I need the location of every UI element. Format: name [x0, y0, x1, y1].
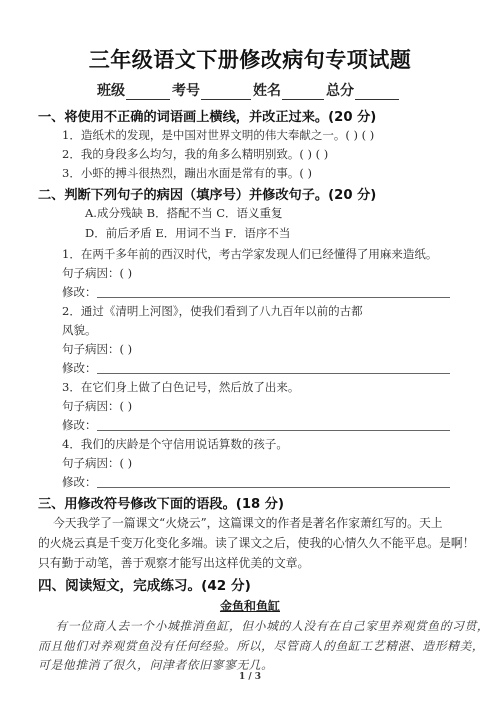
section-four-heading: 四、阅读短文，完成练习。(42 分) — [38, 574, 251, 594]
section-two-heading: 二、判断下列句子的病因（填序号）并修改句子。(20 分) — [38, 184, 376, 203]
name-label: 姓名 — [253, 80, 281, 100]
total-score-label: 总分 — [326, 80, 354, 100]
total-score-blank[interactable] — [355, 84, 399, 100]
question-2: 2．通过《清明上河图》，使我们看到了八九百年以前的古都 — [62, 303, 363, 319]
story-line-2: 而且他们对养观赏鱼没有任何经验。所以，尽管商人的鱼缸工艺精湛、造形精美， — [38, 637, 484, 654]
question-1-fix-line[interactable] — [97, 297, 450, 298]
question-2-cont: 风貌。 — [62, 322, 97, 338]
question-2-fix-line[interactable] — [97, 373, 450, 374]
question-4-fix-line[interactable] — [97, 487, 450, 488]
section-one-item-2: 2．我的身段多么均匀，我的角多么精明别致。( ) ( ) — [62, 146, 328, 162]
question-4-fix-label: 修改： — [62, 474, 97, 490]
question-3-cause: 句子病因：( ) — [62, 398, 132, 414]
story-line-1: 有一位商人去一个小城推消鱼缸，但小城的人没有在自己家里养观赏鱼的习贯， — [38, 617, 489, 634]
section-three-line-3: 只有勤于动笔，善于观察才能写出这样优美的文章。 — [38, 554, 309, 571]
name-blank[interactable] — [282, 84, 324, 100]
section-three-heading: 三、用修改符号修改下面的语段。(18 分) — [38, 493, 284, 512]
question-3-fix-label: 修改： — [62, 417, 97, 433]
section-one-item-1: 1．造纸术的发现，是中国对世界文明的伟大奉献之一。( ) ( ) — [62, 127, 374, 143]
options-row-1: A.成分残缺 B．搭配不当 C．语义重复 — [85, 205, 283, 221]
question-3: 3．在它们身上做了白色记号，然后放了出来。 — [62, 379, 299, 395]
exam-number-blank[interactable] — [201, 84, 251, 100]
class-label: 班级 — [97, 80, 125, 100]
page-title: 三年级语文下册修改病句专项试题 — [0, 44, 500, 74]
section-three-line-1: 今天我学了一篇课文“火烧云”，这篇课文的作者是著名作家萧红写的。天上 — [38, 514, 443, 531]
question-1: 1．在两千多年前的西汉时代，考古学家发现人们已经懂得了用麻来造纸。 — [62, 246, 437, 262]
question-2-cause: 句子病因：( ) — [62, 341, 132, 357]
options-row-2: D．前后矛盾 E．用词不当 F．语序不当 — [85, 225, 290, 241]
question-2-fix-label: 修改： — [62, 360, 97, 376]
exam-number-label: 考号 — [172, 80, 200, 100]
section-one-heading: 一、将使用不正确的词语画上横线，并改正过来。(20 分) — [38, 106, 376, 125]
question-1-cause: 句子病因：( ) — [62, 265, 132, 281]
story-line-3: 可是他推消了很久，问津者依旧寥寥无几。 — [38, 656, 274, 673]
question-3-fix-line[interactable] — [97, 430, 450, 431]
section-one-item-3: 3．小虾的搏斗很热烈，蹦出水面是常有的事。( ) — [62, 165, 312, 181]
story-title: 金鱼和鱼缸 — [0, 597, 500, 614]
section-three-line-2: 的火烧云真是千变万化变化多端。读了课文之后，使我的心情久久不能平息。是啊！ — [38, 534, 475, 551]
question-1-fix-label: 修改： — [62, 284, 97, 300]
page-number: 1 / 3 — [0, 672, 500, 682]
question-4-cause: 句子病因：( ) — [62, 455, 132, 471]
class-blank[interactable] — [126, 84, 170, 100]
student-info-row: 班级 考号 姓名 总分 — [97, 80, 401, 100]
question-4: 4．我们的庆龄是个守信用说话算数的孩子。 — [62, 436, 288, 452]
